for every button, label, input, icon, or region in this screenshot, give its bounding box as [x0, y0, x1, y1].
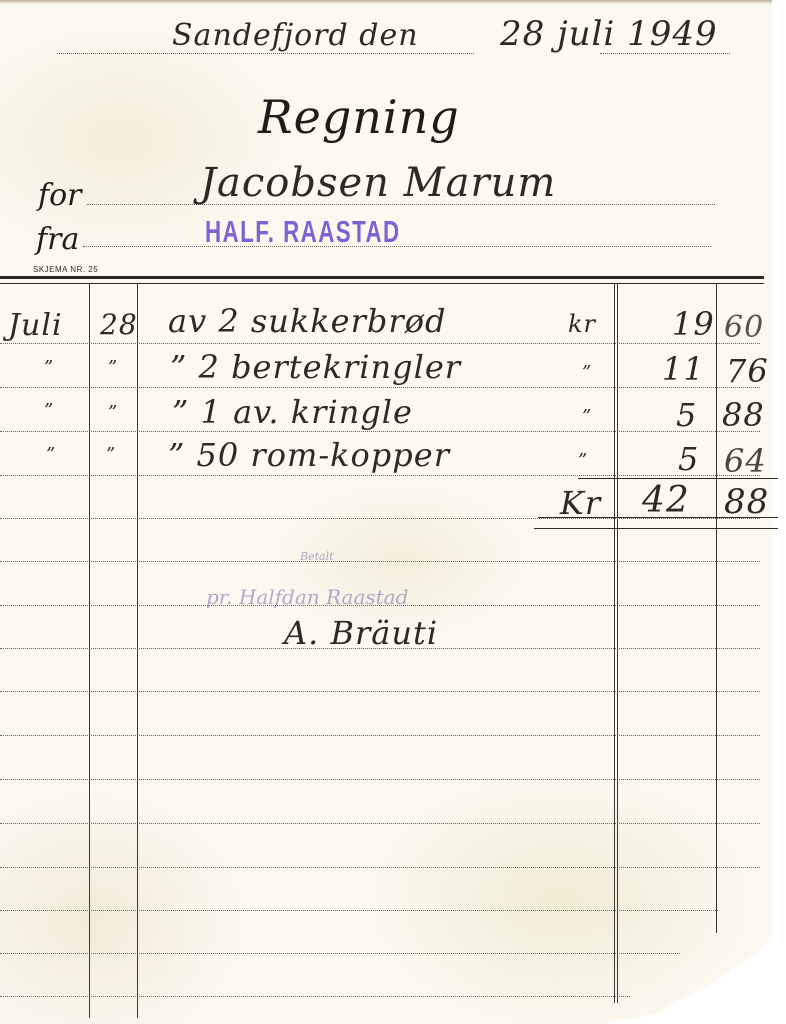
column-divider-month	[89, 283, 90, 1018]
paid-stamp-label: Betalt	[300, 550, 334, 563]
column-divider-amount-left-1	[614, 283, 615, 1003]
place-dotted-line	[57, 53, 474, 54]
row-line	[0, 343, 760, 344]
column-divider-amount-left-2	[617, 283, 618, 1003]
column-divider-day	[137, 283, 138, 1018]
row2-description: ” 2 bertekringler	[170, 348, 461, 386]
for-label: for	[38, 178, 82, 213]
row-line	[0, 953, 680, 954]
document-title: Regning	[258, 90, 460, 144]
row-line	[0, 735, 760, 736]
row1-unit: kr	[568, 310, 596, 338]
row-line	[0, 867, 760, 868]
row1-ore: 60	[724, 310, 764, 345]
row1-kroner: 19	[672, 305, 715, 343]
signature: A. Bräuti	[284, 614, 438, 652]
subtotal-rule	[578, 478, 778, 479]
row4-month-ditto: ”	[46, 444, 56, 465]
merchant-stamp: HALF. RAASTAD	[205, 214, 401, 250]
row4-kroner: 5	[678, 440, 699, 478]
row4-unit-ditto: ”	[578, 450, 588, 471]
total-underline-2	[534, 528, 778, 529]
row-line	[0, 823, 760, 824]
row3-day-ditto: ”	[108, 402, 118, 423]
row-line	[0, 996, 630, 997]
form-number: SKJEMA NR. 25	[33, 265, 98, 274]
row-line	[0, 561, 760, 562]
row3-description: ” 1 av. kringle	[172, 393, 413, 431]
row4-day-ditto: ”	[106, 444, 116, 465]
row-line	[0, 431, 760, 432]
row1-month: Juli	[8, 308, 63, 343]
row2-day-ditto: ”	[108, 357, 118, 378]
fra-label: fra	[36, 222, 79, 257]
row2-unit-ditto: ”	[582, 362, 592, 383]
row4-ore: 64	[724, 442, 767, 480]
row3-kroner: 5	[676, 396, 697, 434]
row-line	[0, 691, 760, 692]
total-underline-1	[538, 517, 778, 518]
column-divider-ore	[716, 283, 717, 933]
table-top-rule-thin	[0, 283, 764, 284]
row-line	[0, 475, 760, 476]
row1-description: av 2 sukkerbrød	[168, 302, 446, 340]
row3-unit-ditto: ”	[582, 406, 592, 427]
place-text: Sandefjord den	[172, 18, 419, 53]
row1-day: 28	[100, 308, 138, 341]
paper-top-edge	[0, 0, 786, 4]
row4-description: ” 50 rom-kopper	[168, 436, 450, 474]
row2-month-ditto: ”	[44, 357, 54, 378]
customer-name: Jacobsen Marum	[200, 160, 556, 206]
total-ore: 88	[724, 482, 769, 522]
row2-ore: 76	[726, 352, 769, 390]
paid-stamp-name: pr. Halfdan Raastad	[206, 585, 408, 609]
table-top-rule-thick	[0, 276, 764, 279]
row3-ore: 88	[722, 396, 765, 434]
total-kroner: 42	[642, 480, 690, 521]
paper-right-edge	[772, 0, 786, 1024]
date-text: 28 juli 1949	[500, 14, 718, 54]
row-line	[0, 910, 718, 911]
row3-month-ditto: ”	[44, 400, 54, 421]
row-line	[0, 779, 760, 780]
row2-kroner: 11	[662, 350, 705, 388]
row-line	[0, 387, 760, 388]
